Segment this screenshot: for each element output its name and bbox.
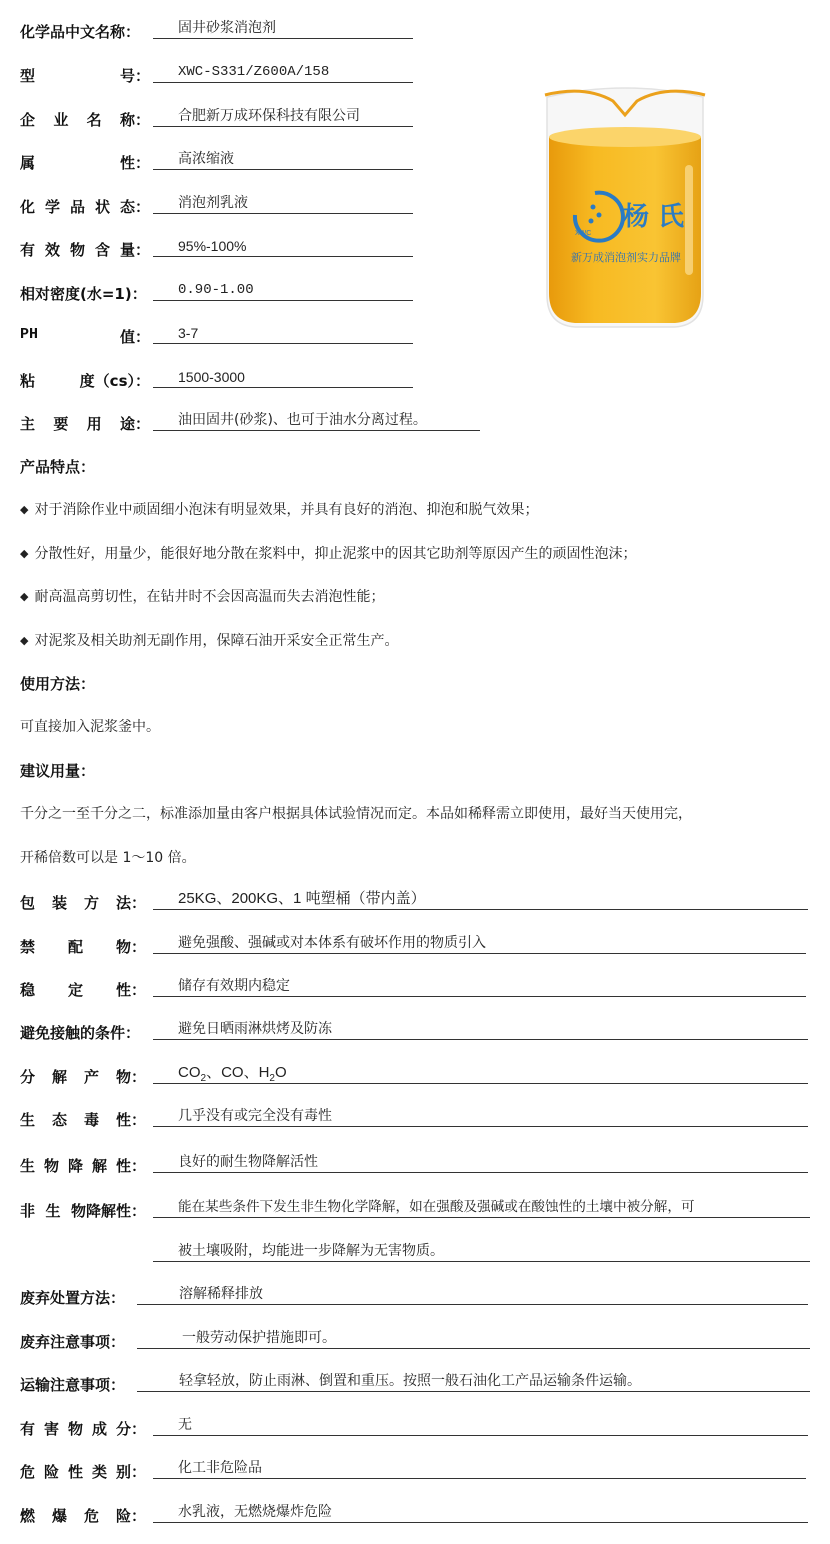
- spec-row-ph: PH值：: [20, 323, 150, 347]
- spec-label: 稳定性：: [20, 979, 146, 1000]
- beaker-icon: XWC 杨 氏 新万成消泡剂实力品牌: [535, 75, 715, 335]
- svg-text:XWC: XWC: [575, 230, 591, 237]
- usage-text: 可直接加入泥浆釜中。: [20, 716, 160, 736]
- spec-row-disposal-method: 废弃处置方法：: [20, 1284, 125, 1308]
- spec-value-explosion-hazard: 水乳液，无燃烧爆炸危险: [153, 1501, 808, 1523]
- spec-value-viscosity: 1500-3000: [153, 366, 413, 388]
- product-image: XWC 杨 氏 新万成消泡剂实力品牌: [535, 75, 715, 335]
- spec-label: 型号：: [20, 65, 150, 86]
- dosage-heading: 建议用量：: [20, 760, 95, 781]
- spec-row-disposal-notes: 废弃注意事项：: [20, 1328, 125, 1352]
- spec-value-state: 消泡剂乳液: [153, 192, 413, 214]
- spec-label: 有效物含量：: [20, 239, 150, 260]
- feature-item: 分散性好，用量少，能很好地分散在浆料中，抑止泥浆中的因其它助剂等原因产生的顽固性…: [20, 543, 636, 563]
- spec-label: 避免接触的条件：: [20, 1022, 140, 1043]
- spec-label: 废弃注意事项：: [20, 1331, 125, 1352]
- spec-value-chinese-name: 固井砂浆消泡剂: [153, 17, 413, 39]
- spec-row-ecotoxicity: 生态毒性：: [20, 1106, 146, 1130]
- spec-label: 有害物成分：: [20, 1418, 146, 1439]
- spec-row-avoid-conditions: 避免接触的条件：: [20, 1019, 140, 1043]
- spec-row-incompatible: 禁配物：: [20, 933, 146, 957]
- spec-row-usage: 主要用途：: [20, 410, 150, 434]
- dosage-text-line1: 千分之一至千分之二，标准添加量由客户根据具体试验情况而定。本品如稀释需立即使用，…: [20, 803, 692, 823]
- spec-value-abiotic-degradation: 能在某些条件下发生非生物化学降解，如在强酸及强碱或在酸蚀性的土壤中被分解，可: [153, 1196, 810, 1218]
- feature-item: 对泥浆及相关助剂无副作用，保障石油开采安全正常生产。: [20, 630, 398, 650]
- spec-row-packaging: 包装方法：: [20, 889, 146, 913]
- spec-label: 燃爆危险：: [20, 1505, 146, 1526]
- spec-row-hazardous-components: 有害物成分：: [20, 1415, 146, 1439]
- spec-label: 分解产物：: [20, 1066, 146, 1087]
- spec-label: 危险性类别：: [20, 1461, 146, 1482]
- spec-label: 化学品中文名称：: [20, 21, 140, 42]
- spec-value-transport-notes: 轻拿轻放，防止雨淋、倒置和重压。按照一般石油化工产品运输条件运输。: [137, 1370, 810, 1392]
- spec-value-disposal-notes: 一般劳动保护措施即可。: [137, 1327, 810, 1349]
- spec-label: 生物降解性：: [20, 1155, 146, 1176]
- spec-row-density: 相对密度(水=1)：: [20, 280, 147, 304]
- spec-value-content: 95%-100%: [153, 235, 413, 257]
- feature-item: 对于消除作业中顽固细小泡沫有明显效果，并具有良好的消泡、抑泡和脱气效果；: [20, 499, 538, 519]
- spec-value-company: 合肥新万成环保科技有限公司: [153, 105, 413, 127]
- spec-value-property: 高浓缩液: [153, 148, 413, 170]
- spec-value-model: XWC-S331/Z600A/158: [153, 61, 413, 83]
- features-heading: 产品特点：: [20, 456, 95, 477]
- spec-label: 禁配物：: [20, 936, 146, 957]
- spec-row-stability: 稳定性：: [20, 976, 146, 1000]
- svg-text:杨 氏: 杨 氏: [623, 201, 685, 232]
- spec-row-state: 化学品状态：: [20, 193, 150, 217]
- spec-row-hazard-class: 危险性类别：: [20, 1458, 146, 1482]
- spec-row-abiotic-degradation: 非生物降解性：: [20, 1197, 146, 1221]
- spec-value-biodegradability: 良好的耐生物降解活性: [153, 1151, 808, 1173]
- spec-value-disposal-method: 溶解稀释排放: [137, 1283, 808, 1305]
- spec-label: 主要用途：: [20, 413, 150, 434]
- spec-value-incompatible: 避免强酸、强碱或对本体系有破坏作用的物质引入: [153, 932, 806, 954]
- spec-label: 非生物降解性：: [20, 1200, 146, 1221]
- spec-value-abiotic-degradation-line2: 被土壤吸附，均能进一步降解为无害物质。: [153, 1240, 810, 1262]
- spec-value-hazardous-components: 无: [153, 1414, 808, 1436]
- spec-value-usage: 油田固井(砂浆)、也可于油水分离过程。: [153, 409, 480, 431]
- spec-value-packaging: 25KG、200KG、1 吨塑桶（带内盖）: [153, 888, 808, 910]
- spec-label: 化学品状态：: [20, 196, 150, 217]
- spec-row-explosion-hazard: 燃爆危险：: [20, 1502, 146, 1526]
- spec-label: 企业名称：: [20, 109, 150, 130]
- dosage-text-line2: 开稀倍数可以是 1～10 倍。: [20, 847, 196, 867]
- spec-value-avoid-conditions: 避免日晒雨淋烘烤及防冻: [153, 1018, 808, 1040]
- spec-value-stability: 储存有效期内稳定: [153, 975, 806, 997]
- spec-value-hazard-class: 化工非危险品: [153, 1457, 806, 1479]
- spec-row-viscosity: 粘度（cs）：: [20, 367, 150, 391]
- spec-row-transport-notes: 运输注意事项：: [20, 1371, 125, 1395]
- feature-item: 耐高温高剪切性，在钻井时不会因高温而失去消泡性能；: [20, 586, 384, 606]
- spec-value-ph: 3-7: [153, 322, 413, 344]
- spec-row-model: 型号：: [20, 62, 150, 86]
- spec-value-density: 0.90-1.00: [153, 279, 413, 301]
- spec-row-property: 属性：: [20, 149, 150, 173]
- spec-label: 废弃处置方法：: [20, 1287, 125, 1308]
- spec-label: PH值：: [20, 326, 150, 347]
- spec-label: 生态毒性：: [20, 1109, 146, 1130]
- spec-row-chinese-name: 化学品中文名称：: [20, 18, 140, 42]
- spec-row-company: 企业名称：: [20, 106, 150, 130]
- spec-value-decomposition: CO2、CO、H2O: [153, 1062, 808, 1084]
- spec-row-content: 有效物含量：: [20, 236, 150, 260]
- svg-text:新万成消泡剂实力品牌: 新万成消泡剂实力品牌: [571, 250, 681, 264]
- spec-label: 运输注意事项：: [20, 1374, 125, 1395]
- spec-label: 粘度（cs）：: [20, 370, 150, 391]
- spec-value-ecotoxicity: 几乎没有或完全没有毒性: [153, 1105, 808, 1127]
- usage-heading: 使用方法：: [20, 673, 95, 694]
- spec-label: 包装方法：: [20, 892, 146, 913]
- spec-label: 属性：: [20, 152, 150, 173]
- spec-label: 相对密度(水=1)：: [20, 283, 147, 304]
- spec-row-decomposition: 分解产物：: [20, 1063, 146, 1087]
- spec-row-biodegradability: 生物降解性：: [20, 1152, 146, 1176]
